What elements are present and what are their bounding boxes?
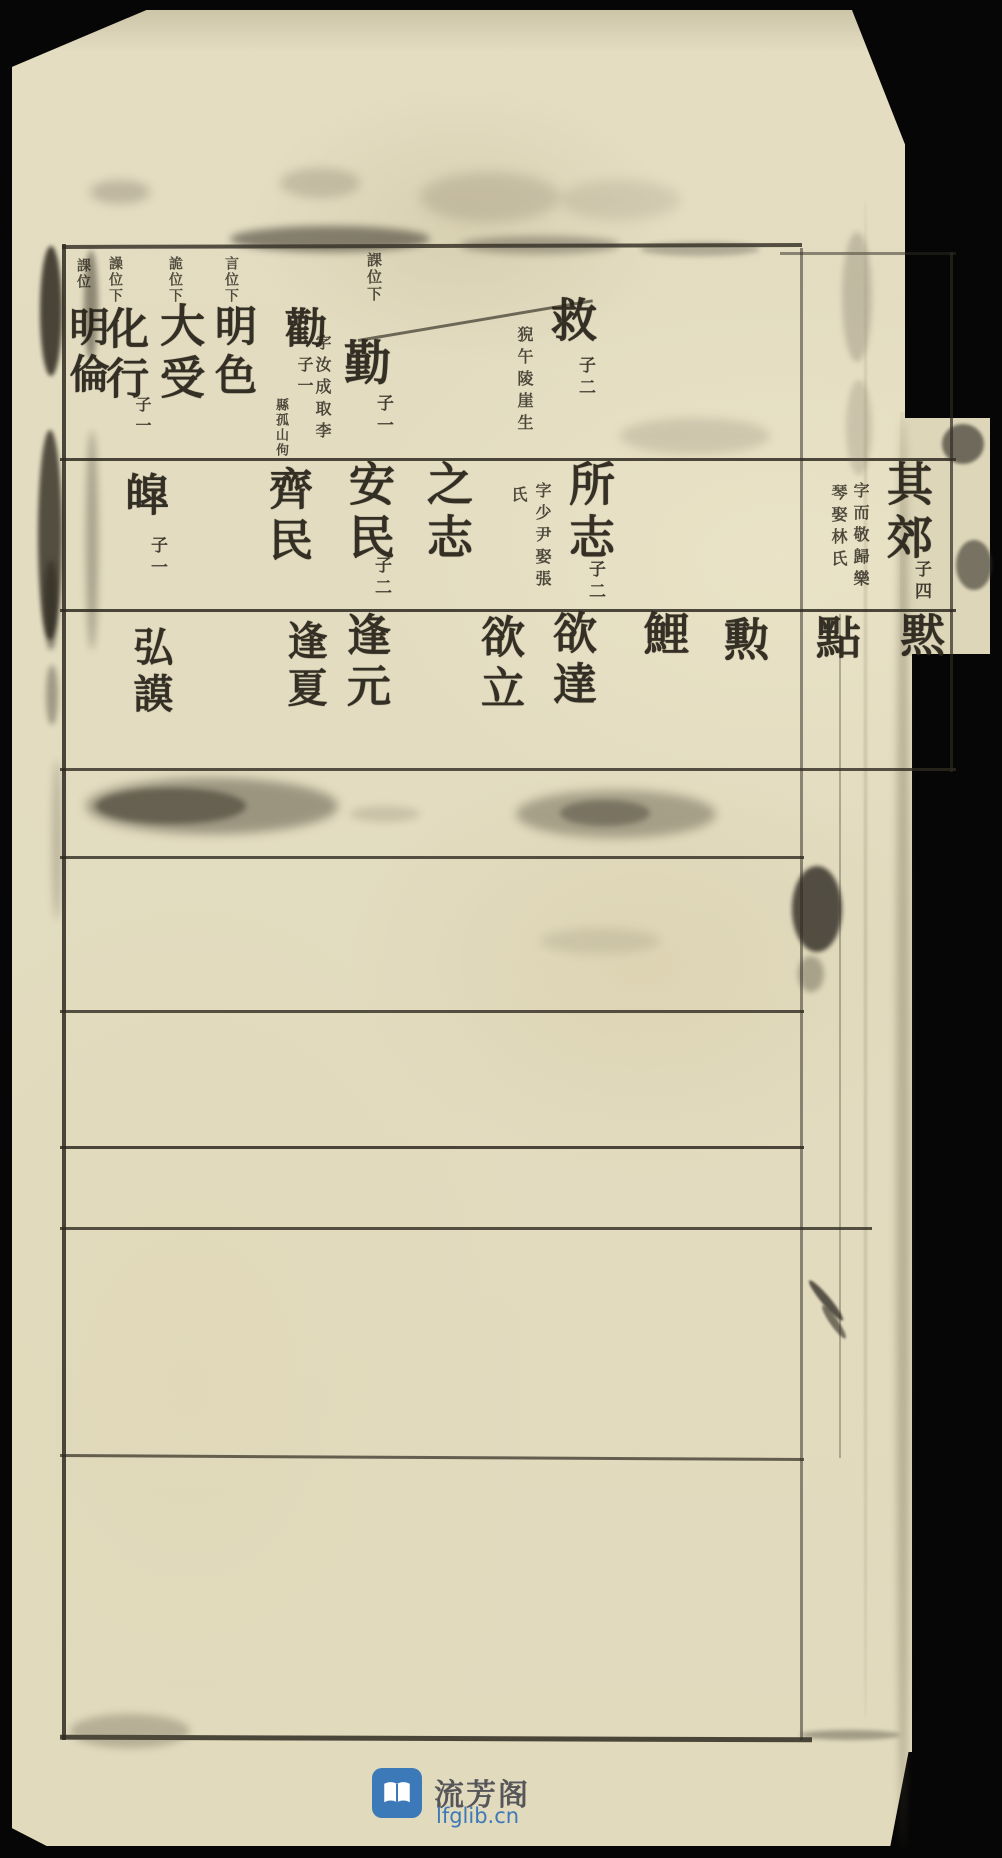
ghost-text-smudge xyxy=(842,232,872,362)
table-line-row2 xyxy=(60,458,956,461)
sons-count: 子二 xyxy=(576,356,593,400)
sons-count: 子一 xyxy=(296,356,312,398)
ancestor-name: 勸 xyxy=(282,306,324,355)
ancestor-name: 安民 xyxy=(346,460,392,566)
spine-ink-blob xyxy=(792,866,842,952)
ancestor-name: 齊民 xyxy=(264,466,308,568)
entry-annotation: 氏 xyxy=(510,486,526,508)
sons-count: 子二 xyxy=(586,560,603,604)
ghost-text-smudge xyxy=(846,380,872,475)
sons-count: 子一 xyxy=(148,536,165,580)
generation-header: 言位下 xyxy=(224,256,238,304)
binding-smudge xyxy=(86,430,98,650)
binding-smudge xyxy=(84,250,98,360)
ink-smear xyxy=(560,800,650,826)
sons-count: 子一 xyxy=(374,394,391,438)
ancestor-name: 點 xyxy=(812,614,857,666)
table-border-left xyxy=(62,244,66,1740)
binding-smudge xyxy=(44,560,58,650)
ink-smear xyxy=(96,788,246,824)
spine-ink-blob xyxy=(798,956,824,992)
ancestor-name: 所志 xyxy=(566,460,612,566)
ancestor-name: 欲達 xyxy=(548,610,592,712)
binding-smudge xyxy=(46,665,58,725)
ancestor-name: 欲立 xyxy=(476,614,520,716)
ancestor-name: 明色 xyxy=(212,304,254,402)
ink-smudge xyxy=(280,168,360,198)
entry-annotation: 琴娶林氏 xyxy=(830,484,846,572)
open-book-icon xyxy=(380,1776,414,1810)
table-line-row5 xyxy=(60,856,804,859)
binding-smudge xyxy=(52,760,62,920)
edge-glyph-mark xyxy=(956,540,992,590)
entry-annotation: 縣孤山佝 xyxy=(274,398,287,458)
edge-glyph-mark xyxy=(942,424,984,464)
ancestor-name: 大受 xyxy=(156,302,201,406)
entry-annotation: 猊午陵崖生 xyxy=(516,326,532,436)
ghost-text-smudge xyxy=(620,418,770,454)
photo-edge-right-strip xyxy=(990,418,1002,654)
ancestor-name: 勲 xyxy=(720,616,765,668)
ink-smudge xyxy=(90,180,150,204)
ancestor-name: 救 xyxy=(548,296,594,349)
ink-smudge xyxy=(560,180,680,220)
watermark-site-url: lfglib.cn xyxy=(436,1804,519,1828)
ink-smear xyxy=(540,928,660,954)
ancestor-name: 弘謨 xyxy=(130,626,170,720)
paper-sheet xyxy=(8,6,914,1848)
binding-smudge xyxy=(40,246,62,376)
generation-header: 詭位下 xyxy=(168,256,182,304)
ancestor-name: 之志 xyxy=(424,460,470,566)
ink-smudge xyxy=(420,172,560,222)
ancestor-name: 勤 xyxy=(340,338,387,392)
ancestor-name: 其郊 xyxy=(884,460,930,566)
sons-count: 子二 xyxy=(372,556,389,600)
ancestor-name: 鯉 xyxy=(640,610,685,662)
photo-edge-left xyxy=(0,0,12,1858)
table-line-row3 xyxy=(60,609,956,612)
entry-annotation: 字而敬歸樂 xyxy=(852,482,868,592)
sons-count: 子四 xyxy=(912,560,929,604)
table-line-row6 xyxy=(60,1010,804,1013)
photo-edge-bottom xyxy=(0,1846,1002,1858)
table-line-bottom-smudge xyxy=(800,1730,900,1740)
watermark-book-icon xyxy=(372,1768,422,1818)
ink-smudge xyxy=(640,242,760,256)
photo-edge-right-upper xyxy=(905,0,1002,418)
entry-annotation: 字少尹娶張 xyxy=(534,482,550,592)
photo-edge-right-lower xyxy=(912,654,1002,1858)
scanned-genealogy-page: { "document": { "generations": [ { "entr… xyxy=(0,0,1002,1858)
ink-smear xyxy=(350,806,420,822)
table-line-row4 xyxy=(60,768,956,771)
table-line-row7 xyxy=(60,1146,804,1149)
ancestor-name: 黙 xyxy=(896,612,941,664)
ink-smudge xyxy=(460,236,620,254)
ink-smudge xyxy=(230,226,430,252)
ancestor-name: 逢元 xyxy=(342,612,386,714)
table-line-spine-divider xyxy=(800,248,803,1740)
sons-count: 子一 xyxy=(134,396,150,438)
ancestor-name: 逢夏 xyxy=(284,620,324,714)
ink-smear xyxy=(70,1714,190,1748)
table-line-row8 xyxy=(60,1227,872,1230)
generation-header: 課位下 xyxy=(366,252,381,303)
ancestor-name: 皡 xyxy=(120,472,164,523)
table-border-right xyxy=(950,252,953,772)
generation-header: 譟位下 xyxy=(108,256,122,304)
